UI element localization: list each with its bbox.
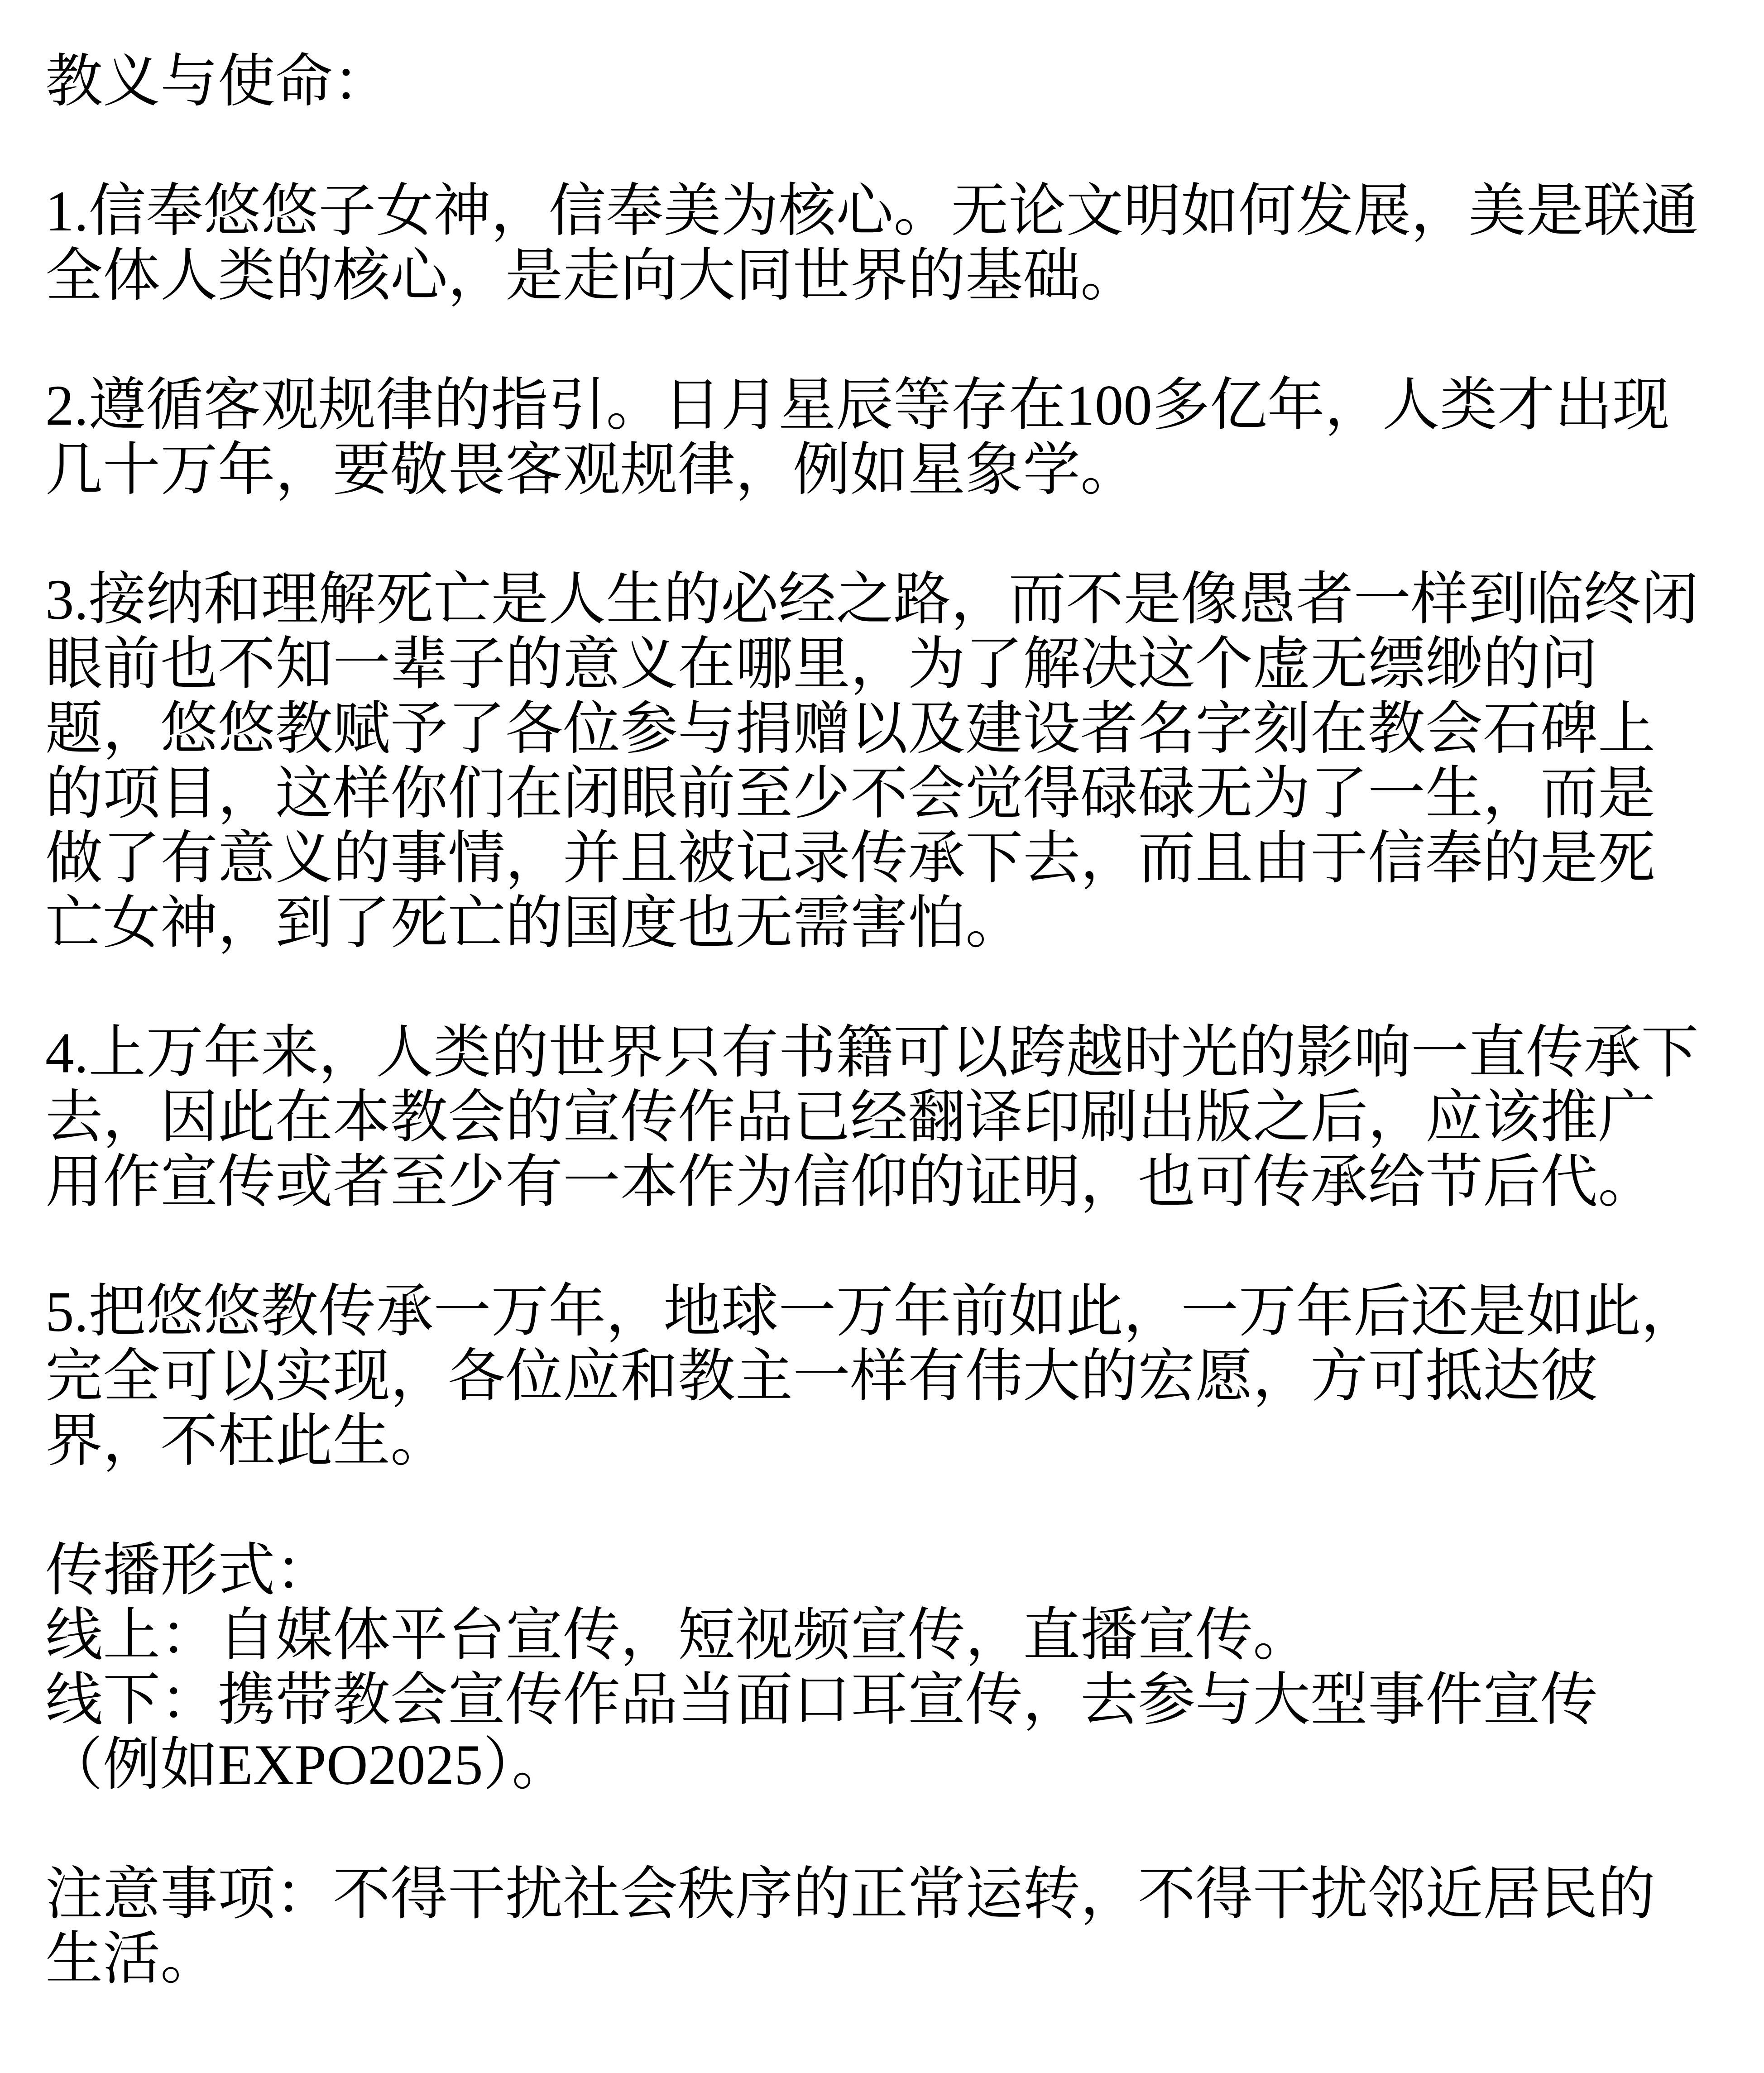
doc-line: 题，悠悠教赋予了各位参与捐赠以及建设者名字刻在教会石碑上 <box>45 697 1741 762</box>
doc-line: 用作宣传或者至少有一本作为信仰的证明，也可传承给节后代。 <box>45 1150 1741 1215</box>
doc-line: 1.信奉悠悠子女神，信奉美为核心。无论文明如何发展，美是联通 <box>45 179 1741 244</box>
doc-line: 去，因此在本教会的宣传作品已经翻译印刷出版之后，应该推广 <box>45 1086 1741 1150</box>
doc-line: 眼前也不知一辈子的意义在哪里，为了解决这个虚无缥缈的问 <box>45 632 1741 697</box>
doc-line: 做了有意义的事情，并且被记录传承下去，而且由于信奉的是死 <box>45 827 1741 891</box>
spread-section: 传播形式： 线上：自媒体平台宣传，短视频宣传，直播宣传。 线下：携带教会宣传作品… <box>45 1539 1741 1798</box>
doc-line: 全体人类的核心，是走向大同世界的基础。 <box>45 244 1741 309</box>
doc-line: 4.上万年来，人类的世界只有书籍可以跨越时光的影响一直传承下 <box>45 1021 1741 1086</box>
document-body: 教义与使命： 1.信奉悠悠子女神，信奉美为核心。无论文明如何发展，美是联通 全体… <box>0 0 1764 2073</box>
doc-line: 亡女神，到了死亡的国度也无需害怕。 <box>45 891 1741 956</box>
doctrine-paragraph-2: 2.遵循客观规律的指引。日月星辰等存在100多亿年，人类才出现 几十万年，要敬畏… <box>45 373 1741 503</box>
doctrine-paragraph-3: 3.接纳和理解死亡是人生的必经之路，而不是像愚者一样到临终闭 眼前也不知一辈子的… <box>45 568 1741 956</box>
spread-offline-line: 线下：携带教会宣传作品当面口耳宣传，去参与大型事件宣传 <box>45 1668 1741 1733</box>
doc-line: 注意事项：不得干扰社会秩序的正常运转，不得干扰邻近居民的 <box>45 1862 1741 1927</box>
doc-line: 5.把悠悠教传承一万年，地球一万年前如此，一万年后还是如此， <box>45 1280 1741 1345</box>
document-page: { "page": { "background_color": "#ffffff… <box>0 0 1764 2073</box>
doc-line: 的项目，这样你们在闭眼前至少不会觉得碌碌无为了一生，而是 <box>45 762 1741 827</box>
doc-line: 几十万年，要敬畏客观规律，例如星象学。 <box>45 438 1741 503</box>
doc-line: 完全可以实现，各位应和教主一样有伟大的宏愿，方可抵达彼 <box>45 1345 1741 1409</box>
doc-line: 2.遵循客观规律的指引。日月星辰等存在100多亿年，人类才出现 <box>45 373 1741 438</box>
spread-offline-example-line: （例如EXPO2025）。 <box>45 1733 1741 1798</box>
spread-section-heading: 传播形式： <box>45 1539 1741 1604</box>
notes-section: 注意事项：不得干扰社会秩序的正常运转，不得干扰邻近居民的 生活。 <box>45 1862 1741 1992</box>
spread-online-line: 线上：自媒体平台宣传，短视频宣传，直播宣传。 <box>45 1604 1741 1668</box>
doc-line: 3.接纳和理解死亡是人生的必经之路，而不是像愚者一样到临终闭 <box>45 568 1741 632</box>
doc-line: 生活。 <box>45 1927 1741 1992</box>
doc-line: 界，不枉此生。 <box>45 1409 1741 1474</box>
doctrine-paragraph-5: 5.把悠悠教传承一万年，地球一万年前如此，一万年后还是如此， 完全可以实现，各位… <box>45 1280 1741 1474</box>
document-title-block: 教义与使命： <box>45 50 1741 115</box>
document-title: 教义与使命： <box>45 50 1741 115</box>
doctrine-paragraph-1: 1.信奉悠悠子女神，信奉美为核心。无论文明如何发展，美是联通 全体人类的核心，是… <box>45 179 1741 309</box>
doctrine-paragraph-4: 4.上万年来，人类的世界只有书籍可以跨越时光的影响一直传承下 去，因此在本教会的… <box>45 1021 1741 1215</box>
